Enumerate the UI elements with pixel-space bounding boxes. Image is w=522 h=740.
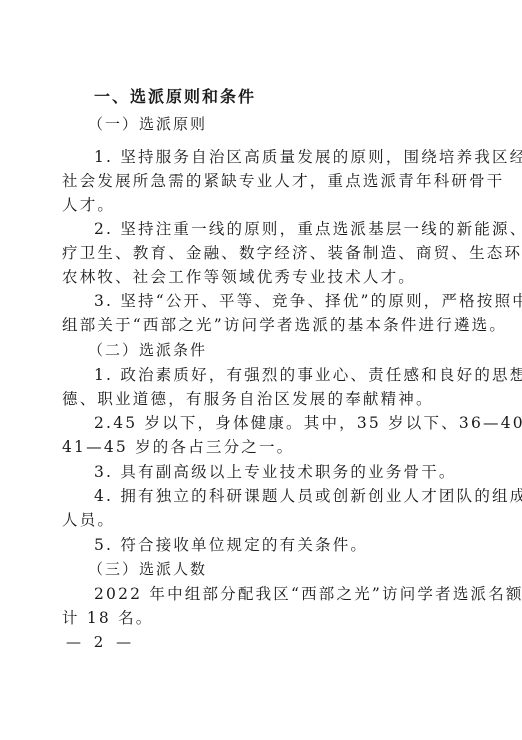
section-heading: 一、选派原则和条件 [94, 85, 256, 109]
subsection-title-quota: （三）选派人数 [88, 557, 207, 581]
paragraph-line: 2. 坚持注重一线的原则，重点选派基层一线的新能源、医 [94, 217, 460, 241]
paragraph-line: 41—45 岁的各占三分之一。 [62, 435, 460, 459]
paragraph-line: 2022 年中组部分配我区“西部之光”访问学者选派名额预 [94, 582, 460, 606]
paragraph-line: 社会发展所急需的紧缺专业人才，重点选派青年科研骨干 [62, 169, 460, 193]
document-page: 一、选派原则和条件 （一）选派原则 1. 坚持服务自治区高质量发展的原则，围绕培… [0, 0, 522, 740]
paragraph-line: 疗卫生、教育、金融、数字经济、装备制造、商贸、生态环保、 [62, 241, 460, 265]
paragraph-line: 2.45 岁以下，身体健康。其中，35 岁以下、36—40 岁、 [94, 411, 460, 435]
paragraph-line: 1. 政治素质好，有强烈的事业心、责任感和良好的思想品 [94, 363, 460, 387]
paragraph-line: 农林牧、社会工作等领域优秀专业技术人才。 [62, 265, 460, 289]
page-number: — 2 — [66, 632, 135, 652]
paragraph-line: 人才。 [62, 193, 460, 217]
paragraph-line: 3. 具有副高级以上专业技术职务的业务骨干。 [94, 460, 460, 484]
paragraph-line: 组部关于“西部之光”访问学者选派的基本条件进行遴选。 [62, 313, 460, 337]
paragraph-line: 1. 坚持服务自治区高质量发展的原则，围绕培养我区经济 [94, 145, 460, 169]
paragraph-line: 3. 坚持“公开、平等、竞争、择优”的原则，严格按照中 [94, 289, 460, 313]
paragraph-line: 德、职业道德，有服务自治区发展的奉献精神。 [62, 387, 460, 411]
subsection-title-principles: （一）选派原则 [88, 112, 207, 136]
paragraph-line: 人员。 [62, 508, 460, 532]
paragraph-line: 4. 拥有独立的科研课题人员或创新创业人才团队的组成 [94, 484, 460, 508]
paragraph-line: 计 18 名。 [62, 606, 460, 630]
subsection-title-conditions: （二）选派条件 [88, 338, 207, 362]
paragraph-line: 5. 符合接收单位规定的有关条件。 [94, 533, 460, 557]
